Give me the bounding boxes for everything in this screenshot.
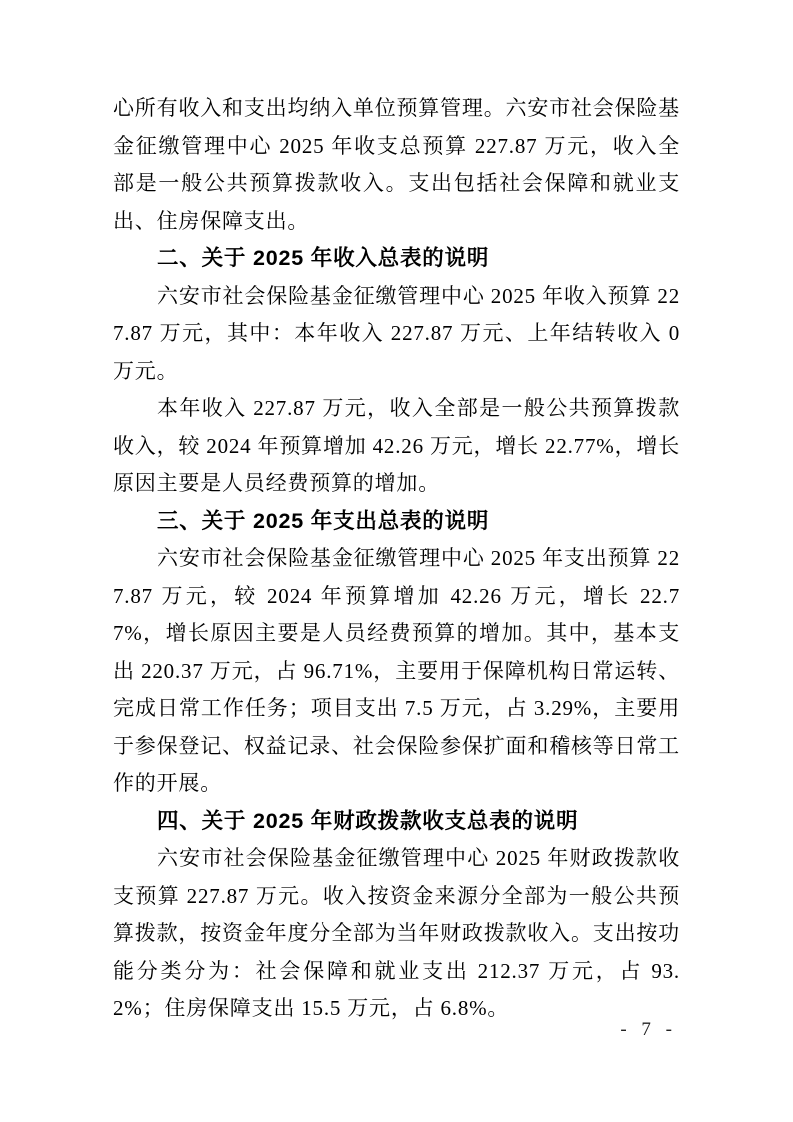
section-heading-fiscal-appropriation-summary: 四、关于 2025 年财政拨款收支总表的说明 — [113, 803, 680, 841]
paragraph-income-budget: 六安市社会保险基金征缴管理中心 2025 年收入预算 227.87 万元，其中：… — [113, 278, 680, 391]
section-heading-income-summary: 二、关于 2025 年收入总表的说明 — [113, 240, 680, 278]
section-heading-expenditure-summary: 三、关于 2025 年支出总表的说明 — [113, 503, 680, 541]
page-content: 心所有收入和支出均纳入单位预算管理。六安市社会保险基金征缴管理中心 2025 年… — [113, 90, 680, 1028]
page-number: - 7 - — [620, 1019, 677, 1041]
paragraph-fiscal-appropriation-detail: 六安市社会保险基金征缴管理中心 2025 年财政拨款收支预算 227.87 万元… — [113, 840, 680, 1028]
document-page: 心所有收入和支出均纳入单位预算管理。六安市社会保险基金征缴管理中心 2025 年… — [0, 0, 793, 1122]
paragraph-expenditure-detail: 六安市社会保险基金征缴管理中心 2025 年支出预算 227.87 万元，较 2… — [113, 540, 680, 803]
paragraph-overview-continued: 心所有收入和支出均纳入单位预算管理。六安市社会保险基金征缴管理中心 2025 年… — [113, 90, 680, 240]
paragraph-income-growth: 本年收入 227.87 万元，收入全部是一般公共预算拨款收入，较 2024 年预… — [113, 390, 680, 503]
